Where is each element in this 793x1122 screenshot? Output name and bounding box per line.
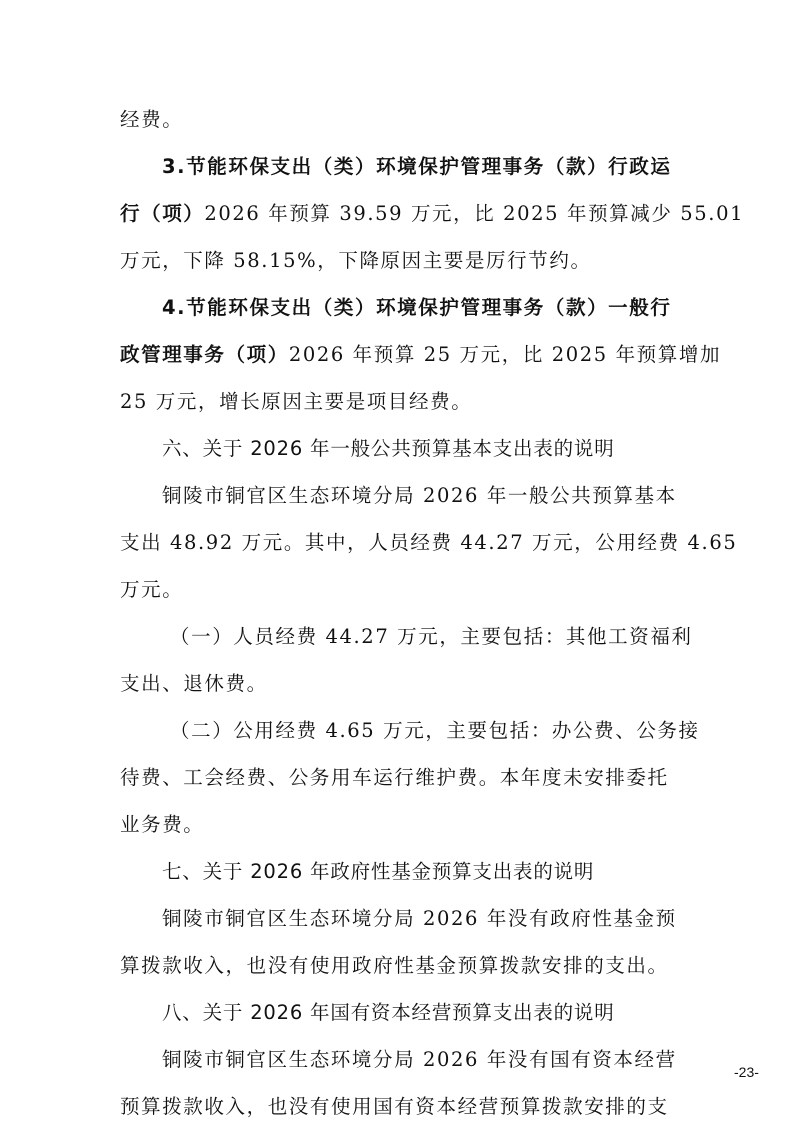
document-body: 经费。 3.节能环保支出（类）环境保护管理事务（款）行政运 行（项）2026 年… bbox=[120, 96, 676, 1122]
body-text: 算拨款收入，也没有使用政府性基金预算拨款安排的支出。 bbox=[120, 954, 669, 977]
body-text: 预算拨款收入，也没有使用国有资本经营预算拨款安排的支 bbox=[120, 1095, 669, 1118]
paragraph-line: 铜陵市铜官区生态环境分局 2026 年没有国有资本经营 bbox=[120, 1036, 676, 1083]
body-text: （一）人员经费 44.27 万元，主要包括：其他工资福利 bbox=[170, 625, 693, 648]
body-text: 支出 48.92 万元。其中，人员经费 44.27 万元，公用经费 4.65 bbox=[120, 531, 737, 554]
section-heading-text: 六、关于 2026 年一般公共预算基本支出表的说明 bbox=[162, 437, 615, 460]
paragraph-line: 25 万元，增长原因主要是项目经费。 bbox=[120, 378, 676, 425]
item-4-heading: 4.节能环保支出（类）环境保护管理事务（款）一般行 bbox=[120, 284, 676, 331]
section-7-heading: 七、关于 2026 年政府性基金预算支出表的说明 bbox=[120, 848, 676, 895]
section-heading-text: 七、关于 2026 年政府性基金预算支出表的说明 bbox=[162, 860, 594, 883]
paragraph-line: 铜陵市铜官区生态环境分局 2026 年没有政府性基金预 bbox=[120, 895, 676, 942]
paragraph-line: 万元。 bbox=[120, 566, 676, 613]
body-text: 2026 年预算 39.59 万元，比 2025 年预算减少 55.01 bbox=[204, 202, 744, 225]
body-text: 铜陵市铜官区生态环境分局 2026 年没有国有资本经营 bbox=[162, 1048, 677, 1071]
item-title-bold: 政管理事务（项） bbox=[120, 343, 289, 366]
item-title-bold: 4.节能环保支出（类）环境保护管理事务（款）一般行 bbox=[162, 296, 671, 319]
paragraph-line: 支出 48.92 万元。其中，人员经费 44.27 万元，公用经费 4.65 bbox=[120, 519, 676, 566]
paragraph-line: 万元，下降 58.15%，下降原因主要是厉行节约。 bbox=[120, 237, 676, 284]
body-text: 铜陵市铜官区生态环境分局 2026 年一般公共预算基本 bbox=[162, 484, 677, 507]
body-text: 2026 年预算 25 万元，比 2025 年预算增加 bbox=[289, 343, 721, 366]
body-text: 万元。 bbox=[120, 578, 183, 601]
section-6-heading: 六、关于 2026 年一般公共预算基本支出表的说明 bbox=[120, 425, 676, 472]
body-text: 25 万元，增长原因主要是项目经费。 bbox=[120, 390, 472, 413]
section-heading-text: 八、关于 2026 年国有资本经营预算支出表的说明 bbox=[162, 1001, 615, 1024]
item-title-bold: 3.节能环保支出（类）环境保护管理事务（款）行政运 bbox=[162, 155, 671, 178]
body-text: 支出、退休费。 bbox=[120, 672, 268, 695]
section-8-heading: 八、关于 2026 年国有资本经营预算支出表的说明 bbox=[120, 989, 676, 1036]
paragraph-line: 经费。 bbox=[120, 96, 676, 143]
body-text: 经费。 bbox=[120, 108, 183, 131]
body-text: （二）公用经费 4.65 万元，主要包括：办公费、公务接 bbox=[170, 719, 700, 742]
document-page: 经费。 3.节能环保支出（类）环境保护管理事务（款）行政运 行（项）2026 年… bbox=[0, 0, 793, 1122]
paragraph-line: 铜陵市铜官区生态环境分局 2026 年一般公共预算基本 bbox=[120, 472, 676, 519]
paragraph-line: 政管理事务（项）2026 年预算 25 万元，比 2025 年预算增加 bbox=[120, 331, 676, 378]
body-text: 业务费。 bbox=[120, 813, 204, 836]
body-text: 铜陵市铜官区生态环境分局 2026 年没有政府性基金预 bbox=[162, 907, 677, 930]
subsection-public: （二）公用经费 4.65 万元，主要包括：办公费、公务接 bbox=[120, 707, 676, 754]
body-text: 万元，下降 58.15%，下降原因主要是厉行节约。 bbox=[120, 249, 592, 272]
paragraph-line: 行（项）2026 年预算 39.59 万元，比 2025 年预算减少 55.01 bbox=[120, 190, 676, 237]
paragraph-line: 算拨款收入，也没有使用政府性基金预算拨款安排的支出。 bbox=[120, 942, 676, 989]
item-3-heading: 3.节能环保支出（类）环境保护管理事务（款）行政运 bbox=[120, 143, 676, 190]
paragraph-line: 预算拨款收入，也没有使用国有资本经营预算拨款安排的支 bbox=[120, 1083, 676, 1122]
subsection-personnel: （一）人员经费 44.27 万元，主要包括：其他工资福利 bbox=[120, 613, 676, 660]
page-number: -23- bbox=[734, 1064, 759, 1080]
paragraph-line: 支出、退休费。 bbox=[120, 660, 676, 707]
item-title-bold: 行（项） bbox=[120, 202, 204, 225]
body-text: 待费、工会经费、公务用车运行维护费。本年度未安排委托 bbox=[120, 766, 669, 789]
paragraph-line: 业务费。 bbox=[120, 801, 676, 848]
paragraph-line: 待费、工会经费、公务用车运行维护费。本年度未安排委托 bbox=[120, 754, 676, 801]
